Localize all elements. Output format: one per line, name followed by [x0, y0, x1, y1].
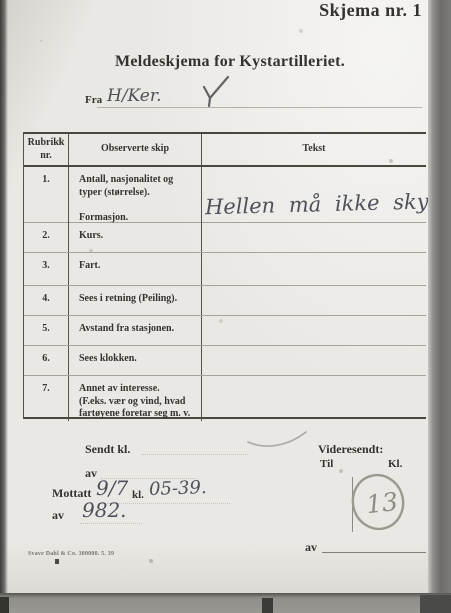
col-header-tekst: Tekst	[202, 134, 426, 165]
row-label: Annet av interesse.	[79, 383, 160, 394]
scan-shadow-mark	[262, 598, 273, 613]
row-label-cell: Annet av interesse. (F.eks. vær og vind,…	[69, 376, 202, 421]
paper-speckles	[40, 40, 42, 42]
table-row: 6. Sees klokken.	[24, 345, 426, 375]
row-label-cell: Avstand fra stasjonen.	[69, 316, 202, 345]
sendt-kl-label: Sendt kl.	[85, 442, 130, 457]
row-label-cell: Antall, nasjonalitet og typer (størrelse…	[69, 167, 202, 225]
row-label: Antall, nasjonalitet og typer (størrelse…	[79, 174, 173, 198]
row-tekst-cell	[202, 253, 426, 285]
row-sublabel: (F.eks. vær og vind, hvad fartøyene fore…	[79, 396, 197, 421]
row-number: 1.	[24, 167, 69, 225]
row-number: 7.	[24, 376, 69, 421]
row-label: Avstand fra stasjonen.	[79, 323, 174, 334]
imprint-mark	[55, 559, 59, 564]
table-row: 7. Annet av interesse. (F.eks. vær og vi…	[24, 375, 426, 417]
pencil-curve-mark	[246, 428, 310, 452]
row-tekst-cell	[202, 346, 426, 375]
page-title: Meldeskjema for Kystartilleriet.	[25, 53, 435, 71]
row-tekst-cell	[202, 286, 426, 315]
table-row: 5. Avstand fra stasjonen.	[24, 315, 426, 345]
table-row: 2. Kurs.	[24, 222, 426, 252]
from-label: Fra	[85, 94, 102, 106]
row-label-cell: Fart.	[69, 253, 202, 285]
table-header-row: Rubrikk nr. Observerte skip Tekst	[24, 134, 426, 167]
stamp-number: 13	[365, 487, 400, 519]
row-label: Sees i retning (Peiling).	[79, 293, 177, 304]
row-number: 3.	[24, 253, 69, 285]
table-row: 3. Fart.	[24, 252, 426, 285]
row-label-cell: Kurs.	[69, 223, 202, 252]
col-header-observerte-skip: Observerte skip	[69, 134, 202, 165]
scan-shadow-mark	[0, 597, 9, 613]
mottatt-date-handwritten: 9/7	[96, 476, 128, 500]
report-table: Rubrikk nr. Observerte skip Tekst 1. Ant…	[23, 132, 426, 419]
scan-edge-right	[428, 0, 451, 613]
mottatt-kl-label: kl.	[132, 489, 144, 501]
form-paper: Skjema nr. 1 Meldeskjema for Kystartille…	[0, 0, 451, 594]
row-number: 2.	[24, 223, 69, 252]
row-label-cell: Sees klokken.	[69, 346, 202, 375]
row-number: 5.	[24, 316, 69, 345]
scan-edge-bottom	[0, 593, 451, 613]
pencil-checkmark-icon	[198, 74, 232, 110]
videresendt-av-label: av	[305, 540, 317, 555]
mottatt-av-value-handwritten: 982.	[82, 498, 127, 522]
pencil-circled-number-stamp: 13	[348, 472, 408, 534]
row-tekst-cell	[202, 316, 426, 345]
table-row: 4. Sees i retning (Peiling).	[24, 285, 426, 315]
kl-label: Kl.	[388, 458, 402, 470]
row-number: 4.	[24, 286, 69, 315]
sendt-kl-fill-line	[142, 454, 248, 455]
row-tekst-cell	[202, 223, 426, 252]
row-tekst-cell	[202, 376, 426, 421]
row-label: Kurs.	[79, 230, 103, 241]
mottatt-av-fill-line	[80, 523, 142, 524]
scanned-document-photo: Skjema nr. 1 Meldeskjema for Kystartille…	[0, 0, 451, 613]
row-label: Sees klokken.	[79, 353, 137, 364]
from-value-handwritten: H/Ker.	[107, 86, 162, 106]
videresendt-av-fill-line	[322, 552, 426, 553]
mottatt-av-label: av	[52, 508, 64, 523]
from-underline	[97, 107, 422, 108]
row-number: 6.	[24, 346, 69, 375]
scan-edge-left	[0, 0, 8, 596]
scan-shadow-mark	[420, 595, 451, 613]
row-label-cell: Sees i retning (Peiling).	[69, 286, 202, 315]
col-header-rubrikk-nr: Rubrikk nr.	[24, 134, 69, 165]
form-number: Skjema nr. 1	[280, 0, 422, 21]
videresendt-label: Videresendt:	[318, 442, 383, 457]
printer-imprint: Svave Dahl & Co. 300000. 5. 39	[28, 551, 114, 557]
til-label: Til	[320, 458, 333, 470]
mottatt-time-handwritten: 05-39.	[149, 477, 207, 500]
row-label: Fart.	[79, 260, 100, 271]
